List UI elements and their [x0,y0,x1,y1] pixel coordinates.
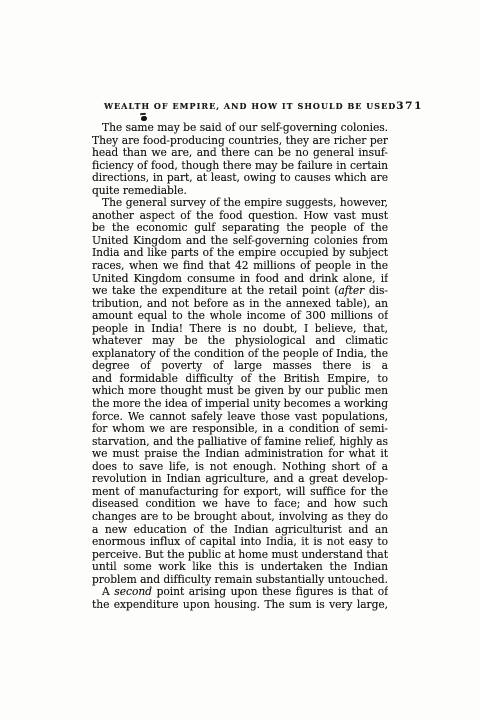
text-line: does to save life, is not enough. Nothin… [92,461,388,474]
text-line: tribution, and not before as in the anne… [92,298,388,311]
running-header-title: WEALTH OF EMPIRE, AND HOW IT SHOULD BE U… [92,101,396,111]
running-header: WEALTH OF EMPIRE, AND HOW IT SHOULD BE U… [92,100,388,112]
text-line: The general survey of the empire suggest… [92,197,388,210]
paragraph: The same may be said of our self-governi… [92,122,388,197]
text-line: which more thought must be given by our … [92,385,388,398]
text-block: The same may be said of our self-governi… [92,122,388,611]
text-line: quite remediable. [92,185,388,198]
text-line: diseased condition we have to face; and … [92,498,388,511]
text-line: we must praise the Indian administration… [92,448,388,461]
text-line: The same may be said of our self-governi… [92,122,388,135]
text-line: revolution in Indian agriculture, and a … [92,473,388,486]
paragraph: The general survey of the empire suggest… [92,197,388,586]
text-line: United Kingdom and the self-governing co… [92,235,388,248]
text-line: enormous influx of capital into India, i… [92,536,388,549]
text-line: explanatory of the condition of the peop… [92,348,388,361]
text-line: the more the idea of imperial unity beco… [92,398,388,411]
text-line: a new education of the Indian agricultur… [92,524,388,537]
ink-dash-artifact [140,112,146,114]
text-line: head than we are, and there can be no ge… [92,147,388,160]
text-line: ficiency of food, though there may be fa… [92,160,388,173]
text-line: perceive. But the public at home must un… [92,549,388,562]
text-line: starvation, and the palliative of famine… [92,436,388,449]
text-line: A second point arising upon these figure… [92,586,388,599]
paragraph: A second point arising upon these figure… [92,586,388,611]
text-line: whatever may be the physiological and cl… [92,335,388,348]
text-line: amount equal to the whole income of 300 … [92,310,388,323]
text-line: be the economic gulf separating the peop… [92,222,388,235]
text-line: problem and difficulty remain substantia… [92,574,388,587]
text-line: the expenditure upon housing. The sum is… [92,599,388,612]
text-line: and formidable difficulty of the British… [92,373,388,386]
text-line: for whom we are responsible, in a condit… [92,423,388,436]
text-line: degree of poverty of large masses there … [92,360,388,373]
text-line: force. We cannot safely leave those vast… [92,411,388,424]
text-line: They are food-producing countries, they … [92,135,388,148]
text-line: ment of manufacturing for export, will s… [92,486,388,499]
text-line: United Kingdom consume in food and drink… [92,273,388,286]
text-line: until some work like this is undertaken … [92,561,388,574]
text-line: people in India! There is no doubt, I be… [92,323,388,336]
ink-blot-artifact [141,116,147,122]
text-line: India and like parts of the empire occup… [92,247,388,260]
book-page: WEALTH OF EMPIRE, AND HOW IT SHOULD BE U… [0,0,480,720]
text-line: another aspect of the food question. How… [92,210,388,223]
text-line: races, when we find that 42 millions of … [92,260,388,273]
text-line: changes are to be brought about, involvi… [92,511,388,524]
page-number: 371 [396,100,423,112]
text-line: directions, in part, at least, owing to … [92,172,388,185]
text-line: we take the expenditure at the retail po… [92,285,388,298]
